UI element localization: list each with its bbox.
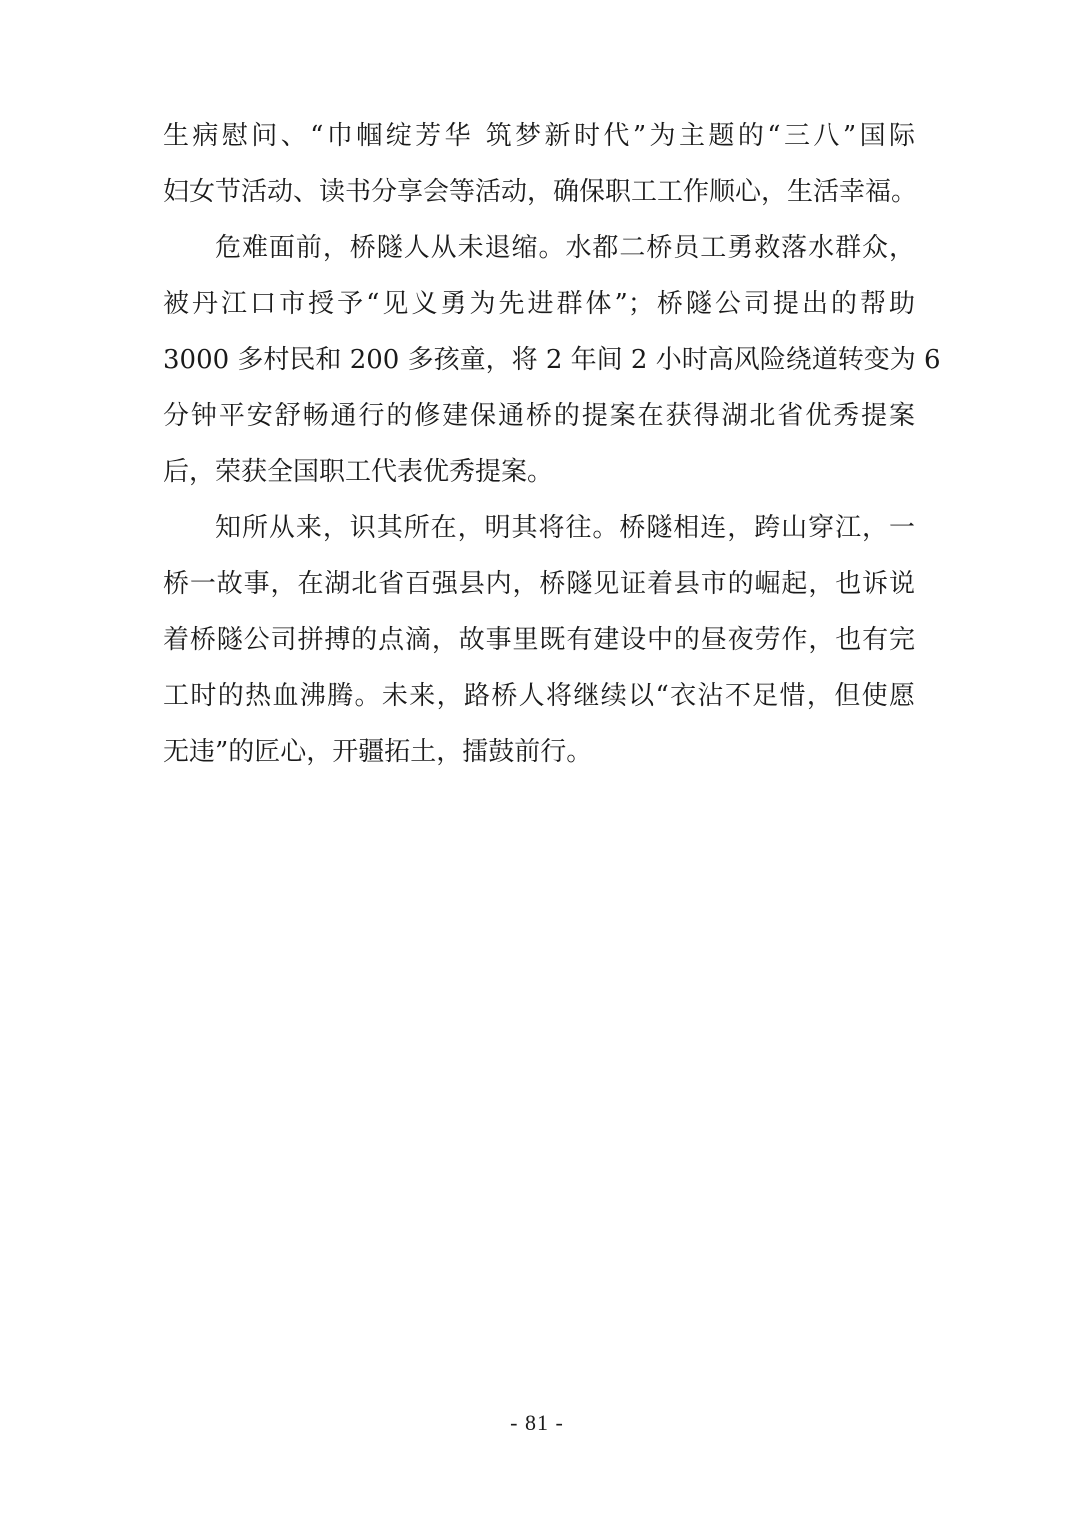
text-line: 工时的热血沸腾。未来，路桥人将继续以“衣沾不足惜，但使愿 xyxy=(163,668,915,724)
text-line: 分钟平安舒畅通行的修建保通桥的提案在获得湖北省优秀提案 xyxy=(163,388,915,444)
text-line: 着桥隧公司拼搏的点滴，故事里既有建设中的昼夜劳作，也有完 xyxy=(163,612,915,668)
document-page: 生病慰问、“巾帼绽芳华 筑梦新时代”为主题的“三八”国际 妇女节活动、读书分享会… xyxy=(0,0,1074,1520)
text-line: 生病慰问、“巾帼绽芳华 筑梦新时代”为主题的“三八”国际 xyxy=(163,108,915,164)
text-line: 后，荣获全国职工代表优秀提案。 xyxy=(163,444,915,500)
text-line: 桥一故事，在湖北省百强县内，桥隧见证着县市的崛起，也诉说 xyxy=(163,556,915,612)
text-line: 妇女节活动、读书分享会等活动，确保职工工作顺心，生活幸福。 xyxy=(163,164,915,220)
text-line: 被丹江口市授予“见义勇为先进群体”；桥隧公司提出的帮助 xyxy=(163,276,915,332)
text-line: 无违”的匠心，开疆拓土，擂鼓前行。 xyxy=(163,724,915,780)
text-line: 知所从来，识其所在，明其将往。桥隧相连，跨山穿江，一 xyxy=(163,500,915,556)
text-line: 3000 多村民和 200 多孩童，将 2 年间 2 小时高风险绕道转变为 6 xyxy=(163,332,915,388)
text-line: 危难面前，桥隧人从未退缩。水都二桥员工勇救落水群众， xyxy=(163,220,915,276)
page-number: - 81 - xyxy=(0,1410,1074,1436)
body-text: 生病慰问、“巾帼绽芳华 筑梦新时代”为主题的“三八”国际 妇女节活动、读书分享会… xyxy=(163,108,915,780)
